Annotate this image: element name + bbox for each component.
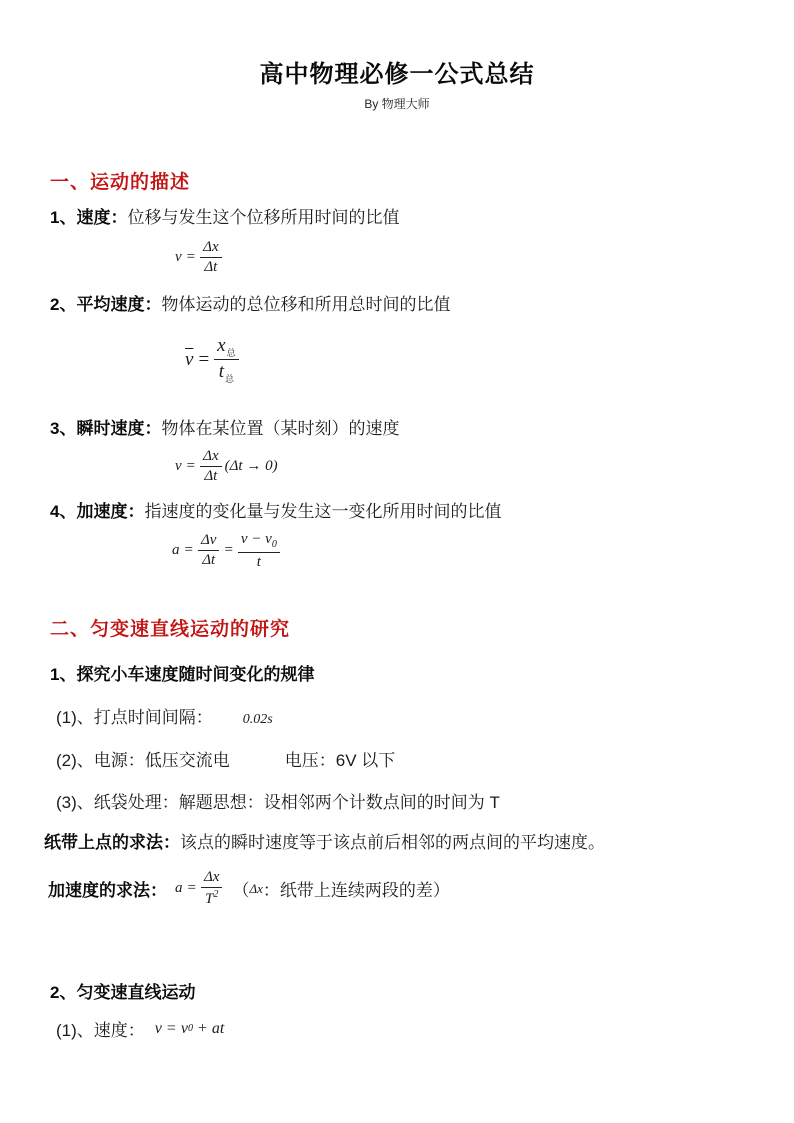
fraction-denominator: t (257, 553, 261, 571)
formula-velocity: v = ΔxΔt (175, 239, 222, 277)
power-supply-text: (2)、电源：低压交流电 (56, 751, 230, 770)
math-var: v (175, 249, 182, 266)
subscript-zero: 0 (188, 1023, 193, 1034)
voltage-text: 电压：6V 以下 (285, 751, 396, 770)
fraction-numerator: Δx (200, 239, 221, 258)
formula-acceleration: a = ΔvΔt = v − v0 t (172, 530, 280, 571)
math-var: a (172, 542, 180, 559)
formula-average-velocity: v = x总 t总 (185, 335, 239, 384)
math-var: v (155, 1020, 162, 1038)
item-velocity: 1、速度：位移与发生这个位移所用时间的比值 (50, 203, 399, 228)
item-instantaneous-velocity: 3、瞬时速度：物体在某位置（某时刻）的速度 (50, 414, 399, 439)
section-2-heading: 二、匀变速直线运动的研究 (50, 614, 290, 641)
fraction: x总 t总 (214, 335, 238, 384)
subscript-zero: 0 (272, 539, 277, 550)
item-average-velocity: 2、平均速度：物体运动的总位移和所用总时间的比值 (50, 290, 450, 315)
timing-interval-value: 0.02s (243, 712, 273, 727)
section-1-heading: 一、运动的描述 (50, 167, 190, 194)
item-instantaneous-velocity-label: 3、瞬时速度： (50, 419, 161, 438)
math-var: a (175, 880, 183, 897)
item-velocity-label: 1、速度： (50, 208, 127, 227)
note-text: ：纸带上连续两段的差） (263, 876, 450, 901)
fraction: ΔxΔt (200, 448, 221, 486)
formula-instantaneous-velocity: v = ΔxΔt (Δt → 0) (175, 448, 278, 486)
note-delta-x: Δx (249, 881, 262, 897)
fraction-denominator: Δt (204, 258, 217, 276)
fraction-denominator: T2 (205, 888, 218, 908)
subsection-experiment-heading: 1、探究小车速度随时间变化的规律 (50, 660, 314, 685)
fraction-denominator: Δt (204, 467, 217, 485)
fraction-numerator: Δx (200, 448, 221, 467)
equals-sign: = (187, 458, 195, 475)
tape-point-method-label: 纸带上点的求法： (44, 833, 180, 852)
tape-processing-text: (3)、纸袋处理：解题思想：设相邻两个计数点间的时间为 T (56, 793, 500, 812)
fraction-numerator: Δv (198, 532, 219, 551)
math-var: x (217, 335, 225, 356)
acceleration-method-label: 加速度的求法： (48, 876, 167, 901)
point-timing-interval: (1)、打点时间间隔：0.02s (56, 703, 273, 728)
fraction-numerator: Δx (201, 869, 222, 888)
superscript-two: 2 (213, 889, 218, 900)
document-page: 高中物理必修一公式总结 By 物理大师 一、运动的描述 1、速度：位移与发生这个… (0, 0, 794, 1123)
subscript-total: 总 (225, 374, 234, 384)
fraction-numerator: v − v0 (238, 530, 280, 553)
note-open-paren: （ (232, 876, 249, 901)
math-expression: + at (197, 1020, 224, 1038)
tape-point-method-desc: 该点的瞬时速度等于该点前后相邻的两点间的平均速度。 (180, 833, 605, 852)
tape-point-method: 纸带上点的求法：该点的瞬时速度等于该点前后相邻的两点间的平均速度。 (44, 828, 605, 853)
fraction-numerator: x总 (214, 335, 238, 360)
equals-sign: = (188, 880, 196, 897)
item-acceleration: 4、加速度：指速度的变化量与发生这一变化所用时间的比值 (50, 497, 501, 522)
equals-sign: = (224, 542, 232, 559)
fraction: ΔvΔt (198, 532, 219, 570)
equals-sign: = (198, 349, 209, 371)
point-tape-processing: (3)、纸袋处理：解题思想：设相邻两个计数点间的时间为 T (56, 788, 500, 813)
item-average-velocity-label: 2、平均速度： (50, 295, 161, 314)
uniform-velocity-label: (1)、速度： (56, 1016, 145, 1041)
math-expression: v − v (241, 531, 272, 547)
item-acceleration-desc: 指速度的变化量与发生这一变化所用时间的比值 (144, 502, 501, 521)
subscript-total: 总 (227, 348, 236, 358)
math-var-overbar: v (185, 349, 193, 371)
item-average-velocity-desc: 物体运动的总位移和所用总时间的比值 (161, 295, 450, 314)
fraction: Δx T2 (201, 869, 222, 909)
item-instantaneous-velocity-desc: 物体在某位置（某时刻）的速度 (161, 419, 399, 438)
subsection-uniform-motion-heading: 2、匀变速直线运动 (50, 978, 195, 1003)
point-power-supply: (2)、电源：低压交流电电压：6V 以下 (56, 746, 395, 771)
math-var: t (219, 361, 224, 382)
fraction-denominator: t总 (219, 360, 234, 384)
item-velocity-desc: 位移与发生这个位移所用时间的比值 (127, 208, 399, 227)
math-var: v (175, 458, 182, 475)
equals-sign: = (187, 249, 195, 266)
equals-sign: = (167, 1020, 176, 1038)
acceleration-method-line: 加速度的求法： a = Δx T2 （ Δx ：纸带上连续两段的差） (48, 869, 450, 909)
fraction: ΔxΔt (200, 239, 221, 277)
fraction-denominator: Δt (202, 551, 215, 569)
item-acceleration-label: 4、加速度： (50, 502, 144, 521)
equals-sign: = (185, 542, 193, 559)
point-timing-interval-label: (1)、打点时间间隔： (56, 708, 213, 727)
math-var: v (181, 1020, 188, 1038)
uniform-velocity-line: (1)、速度： v = v0 + at (56, 1016, 224, 1041)
fraction: v − v0 t (238, 530, 280, 571)
byline: By 物理大师 (0, 95, 794, 112)
limit-condition: (Δt → 0) (225, 458, 278, 475)
page-title: 高中物理必修一公式总结 (0, 54, 794, 89)
